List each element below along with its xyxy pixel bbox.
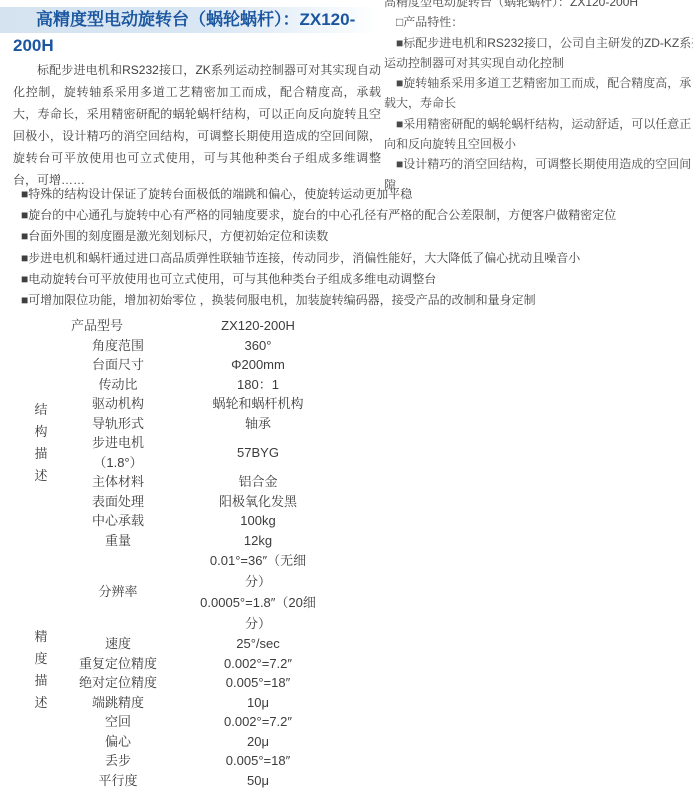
spec-name: 步进电机 （1.8°） bbox=[62, 433, 174, 472]
intro-paragraph: 标配步进电机和RS232接口，ZK系列运动控制器可对其实现自动化控制，旋转轴系采… bbox=[13, 59, 381, 191]
feature-item: ■特殊的结构设计保证了旋转台面极低的端跳和偏心，使旋转运动更加平稳 bbox=[21, 184, 689, 205]
spec-name: 重复定位精度 bbox=[62, 654, 174, 674]
spec-row: 绝对定位精度 0.005°=18″ bbox=[20, 673, 342, 693]
right-column-line: ■采用精密研配的蜗轮蜗杆结构，运动舒适，可以任意正 bbox=[384, 114, 693, 134]
right-column-line: ■标配步进电机和RS232接口，公司自主研发的ZD-KZ系列 bbox=[384, 33, 693, 53]
spec-name: 传动比 bbox=[62, 375, 174, 395]
spec-name: 偏心 bbox=[62, 732, 174, 752]
spec-value: 12kg bbox=[174, 531, 342, 551]
feature-list: ■特殊的结构设计保证了旋转台面极低的端跳和偏心，使旋转运动更加平稳 ■旋台的中心… bbox=[21, 184, 689, 311]
spec-row: 导轨形式 轴承 bbox=[20, 414, 342, 434]
spec-name: 表面处理 bbox=[62, 492, 174, 512]
spec-name: 台面尺寸 bbox=[62, 355, 174, 375]
right-column-line: ■设计精巧的消空回结构，可调整长期使用造成的空回间 bbox=[384, 154, 693, 174]
spec-row: 传动比 180：1 bbox=[20, 375, 342, 395]
right-column: 高精度型电动旋转台（蜗轮蜗杆）：ZX120-200H □产品特性： ■标配步进电… bbox=[384, 0, 693, 195]
page-title: 高精度型电动旋转台（蜗轮蜗杆）：ZX120- 200H bbox=[0, 0, 379, 59]
spec-name: 重量 bbox=[62, 531, 174, 551]
spec-value: 100kg bbox=[174, 511, 342, 531]
spec-row: 产品型号 ZX120-200H bbox=[20, 316, 342, 336]
spec-row: 结构描述 角度范围 360° bbox=[20, 336, 342, 356]
spec-name: 产品型号 bbox=[20, 316, 174, 336]
spec-name: 速度 bbox=[62, 634, 174, 654]
spec-value: 57BYG bbox=[174, 433, 342, 472]
spec-value: 铝合金 bbox=[174, 472, 342, 492]
spec-value: 0.002°=7.2″ bbox=[174, 712, 342, 732]
spec-row: 表面处理 阳极氧化发黑 bbox=[20, 492, 342, 512]
spec-value: 0.005°=18″ bbox=[174, 673, 342, 693]
right-column-line: 运动控制器可对其实现自动化控制 bbox=[384, 53, 693, 73]
spec-name: 主体材料 bbox=[62, 472, 174, 492]
spec-name: 丢步 bbox=[62, 751, 174, 771]
resolution-value: 0.01°=36″（无细分） 0.0005°=1.8″（20细分） bbox=[197, 550, 319, 634]
right-column-title: 高精度型电动旋转台（蜗轮蜗杆）：ZX120-200H bbox=[384, 0, 693, 12]
spec-value: 阳极氧化发黑 bbox=[174, 492, 342, 512]
right-column-line: 载大，寿命长 bbox=[384, 93, 693, 113]
feature-item: ■步进电机和蜗杆通过进口高品质弹性联轴节连接，传动同步，消偏性能好，大大降低了偏… bbox=[21, 248, 689, 269]
right-column-heading: □产品特性： bbox=[384, 12, 693, 32]
spec-group-label: 结构描述 bbox=[34, 399, 48, 487]
spec-value: 0.01°=36″（无细分） 0.0005°=1.8″（20细分） bbox=[174, 550, 342, 634]
spec-name: 导轨形式 bbox=[62, 414, 174, 434]
right-column-line: 向和反向旋转且空回极小 bbox=[384, 134, 693, 154]
spec-name: 空回 bbox=[62, 712, 174, 732]
spec-row: 重量 12kg bbox=[20, 531, 342, 551]
spec-row: 速度 25°/sec bbox=[20, 634, 342, 654]
spec-row: 中心承载 100kg bbox=[20, 511, 342, 531]
spec-value: Φ200mm bbox=[174, 355, 342, 375]
spec-value: 50μ bbox=[174, 771, 342, 791]
spec-name: 角度范围 bbox=[62, 336, 174, 356]
feature-item: ■电动旋转台可平放使用也可立式使用，可与其他种类台子组成多维电动调整台 bbox=[21, 269, 689, 290]
spec-value: 轴承 bbox=[174, 414, 342, 434]
spec-row: 台面尺寸 Φ200mm bbox=[20, 355, 342, 375]
spec-group-cell: 结构描述 bbox=[20, 336, 62, 551]
page-title-line2: 200H bbox=[0, 33, 379, 59]
spec-row: 重复定位精度 0.002°=7.2″ bbox=[20, 654, 342, 674]
spec-name: 端跳精度 bbox=[62, 693, 174, 713]
spec-row: 精度描述 分辨率 0.01°=36″（无细分） 0.0005°=1.8″（20细… bbox=[20, 550, 342, 634]
spec-group-label: 精度描述 bbox=[34, 626, 48, 714]
spec-row: 空回 0.002°=7.2″ bbox=[20, 712, 342, 732]
spec-row: 偏心 20μ bbox=[20, 732, 342, 752]
feature-item: ■旋台的中心通孔与旋转中心有严格的同轴度要求，旋台的中心孔径有严格的配合公差限制… bbox=[21, 205, 689, 226]
spec-value: 20μ bbox=[174, 732, 342, 752]
spec-row: 主体材料 铝合金 bbox=[20, 472, 342, 492]
spec-value: 0.002°=7.2″ bbox=[174, 654, 342, 674]
spec-value: 蜗轮和蜗杆机构 bbox=[174, 394, 342, 414]
spec-name: 驱动机构 bbox=[62, 394, 174, 414]
spec-row: 驱动机构 蜗轮和蜗杆机构 bbox=[20, 394, 342, 414]
spec-row: 端跳精度 10μ bbox=[20, 693, 342, 713]
spec-name: 绝对定位精度 bbox=[62, 673, 174, 693]
spec-row: 平行度 50μ bbox=[20, 771, 342, 791]
page-title-line1: 高精度型电动旋转台（蜗轮蜗杆）：ZX120- bbox=[0, 7, 379, 33]
spec-value: 10μ bbox=[174, 693, 342, 713]
spec-table: 产品型号 ZX120-200H 结构描述 角度范围 360° 台面尺寸 Φ200… bbox=[20, 316, 342, 790]
spec-row: 步进电机 （1.8°） 57BYG bbox=[20, 433, 342, 472]
spec-name: 中心承载 bbox=[62, 511, 174, 531]
spec-value: 360° bbox=[174, 336, 342, 356]
right-column-line: ■旋转轴系采用多道工艺精密加工而成，配合精度高，承 bbox=[384, 73, 693, 93]
spec-group-cell: 精度描述 bbox=[20, 550, 62, 790]
spec-value: 180：1 bbox=[174, 375, 342, 395]
feature-item: ■可增加限位功能，增加初始零位 ，换装伺服电机，加装旋转编码器，接受产品的改制和… bbox=[21, 290, 689, 311]
spec-name: 平行度 bbox=[62, 771, 174, 791]
spec-name: 分辨率 bbox=[62, 550, 174, 634]
product-spec-page: 高精度型电动旋转台（蜗轮蜗杆）：ZX120- 200H 标配步进电机和RS232… bbox=[0, 0, 693, 800]
spec-value: ZX120-200H bbox=[174, 316, 342, 336]
feature-item: ■台面外围的刻度圈是激光刻划标尺，方便初始定位和读数 bbox=[21, 226, 689, 247]
spec-value: 0.005°=18″ bbox=[174, 751, 342, 771]
spec-row: 丢步 0.005°=18″ bbox=[20, 751, 342, 771]
spec-value: 25°/sec bbox=[174, 634, 342, 654]
